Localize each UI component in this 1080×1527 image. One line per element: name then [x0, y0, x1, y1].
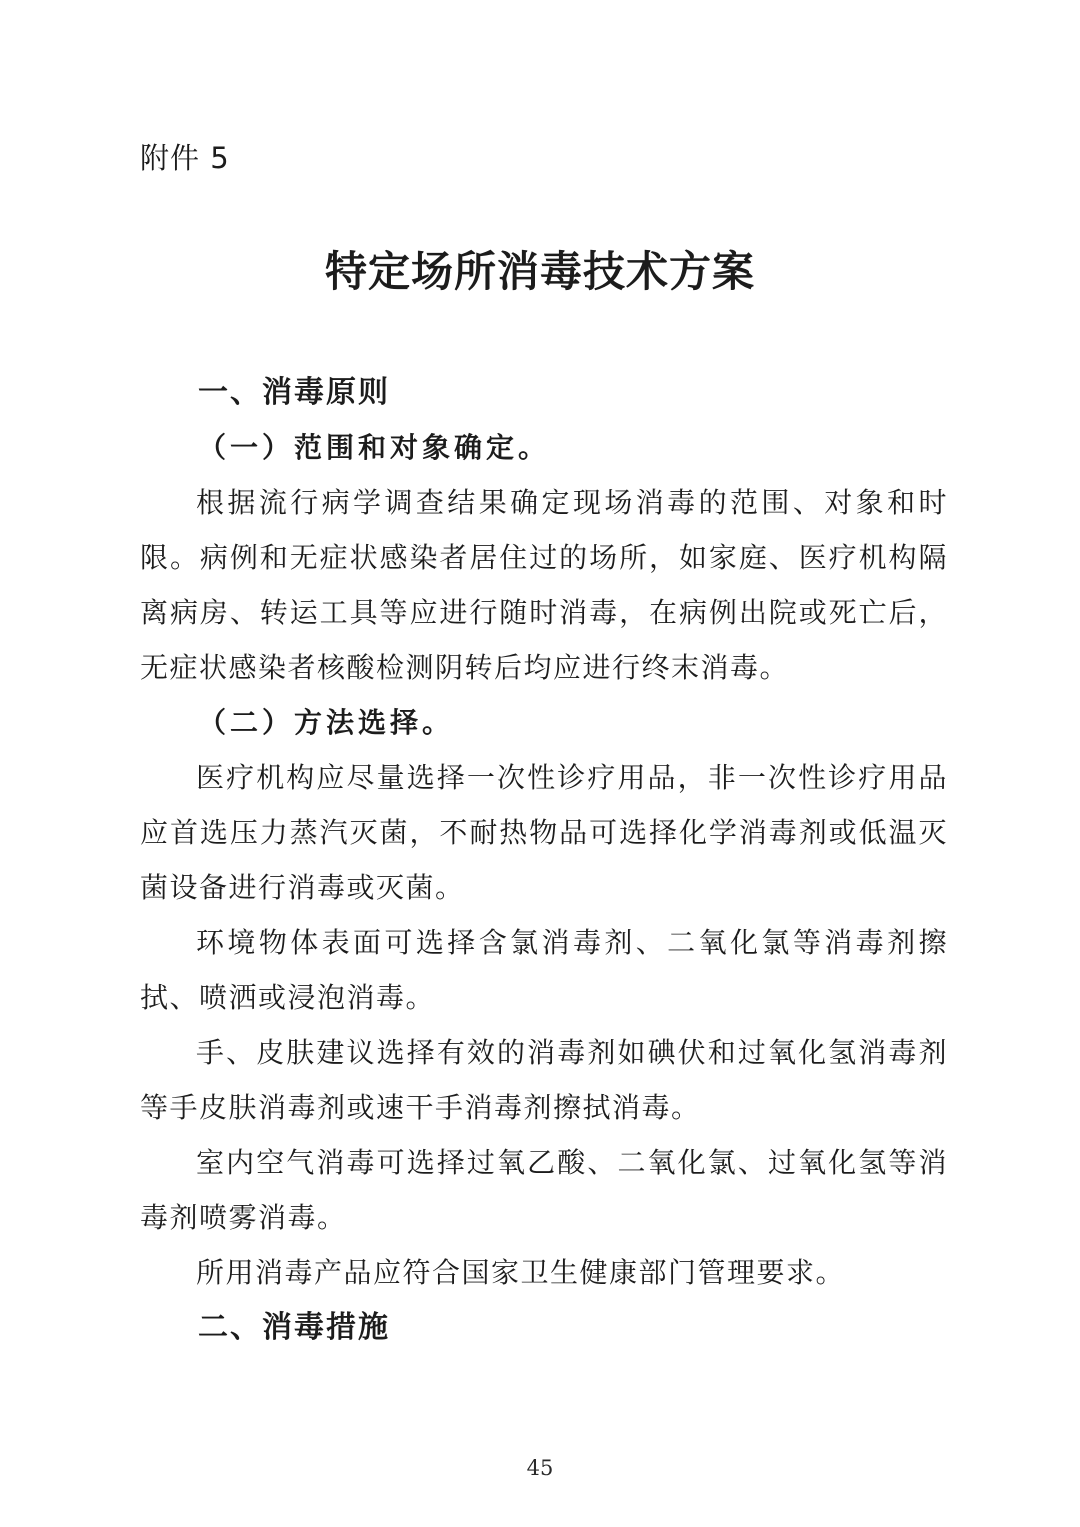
paragraph-scope-determination: 根据流行病学调查结果确定现场消毒的范围、对象和时限。病例和无症状感染者居住过的场…: [140, 475, 948, 695]
paragraph-environmental-surfaces: 环境物体表面可选择含氯消毒剂、二氧化氯等消毒剂擦拭、喷洒或浸泡消毒。: [140, 915, 948, 1025]
page-number: 45: [0, 1455, 1080, 1481]
paragraph-indoor-air-disinfection: 室内空气消毒可选择过氧乙酸、二氧化氯、过氧化氢等消毒剂喷雾消毒。: [140, 1135, 948, 1245]
page-title: 特定场所消毒技术方案: [0, 243, 1080, 301]
document-page: 附件 5 特定场所消毒技术方案 一、消毒原则 （一）范围和对象确定。 根据流行病…: [0, 0, 1080, 1527]
paragraph-medical-institutions: 医疗机构应尽量选择一次性诊疗用品，非一次性诊疗用品应首选压力蒸汽灭菌，不耐热物品…: [140, 750, 948, 915]
subsection-heading-method-selection: （二）方法选择。: [140, 695, 948, 750]
document-body: 一、消毒原则 （一）范围和对象确定。 根据流行病学调查结果确定现场消毒的范围、对…: [140, 365, 948, 1355]
subsection-heading-scope-and-targets: （一）范围和对象确定。: [140, 420, 948, 475]
section-heading-disinfection-measures: 二、消毒措施: [140, 1300, 948, 1355]
annex-label: 附件 5: [140, 140, 230, 176]
section-heading-disinfection-principles: 一、消毒原则: [140, 365, 948, 420]
paragraph-hand-skin-disinfection: 手、皮肤建议选择有效的消毒剂如碘伏和过氧化氢消毒剂等手皮肤消毒剂或速干手消毒剂擦…: [140, 1025, 948, 1135]
paragraph-product-requirements: 所用消毒产品应符合国家卫生健康部门管理要求。: [140, 1245, 948, 1300]
